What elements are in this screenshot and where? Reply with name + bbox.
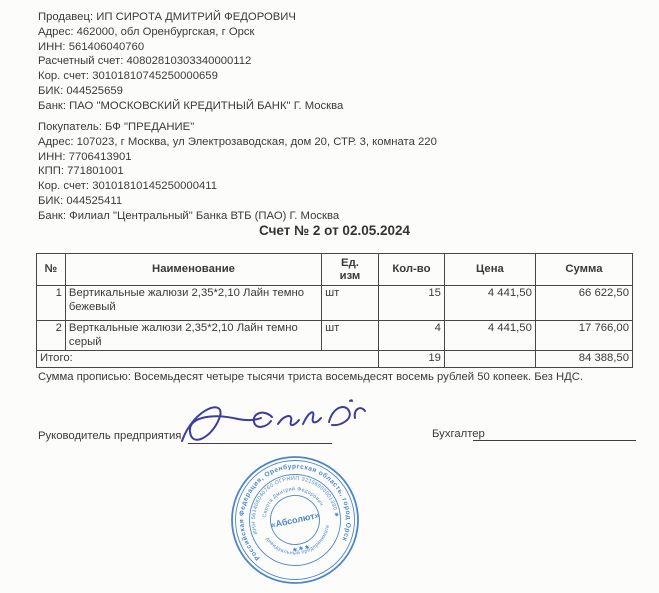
- total-sum: 84 388,50: [535, 351, 632, 368]
- col-header-unit: Ед. изм: [322, 254, 379, 286]
- buyer-corr-line: Кор. счет: 30101810145250000411: [38, 179, 437, 194]
- table-total-row: Итого: 19 84 388,50: [37, 351, 633, 368]
- row-sum: 17 766,00: [535, 321, 632, 351]
- buyer-block: Покупатель: БФ "ПРЕДАНИЕ" Адрес: 107023,…: [38, 120, 437, 224]
- seller-name-line: Продавец: ИП СИРОТА ДМИТРИЙ ФЕДОРОВИЧ: [38, 10, 343, 25]
- invoice-title: Счет № 2 от 02.05.2024: [36, 223, 633, 238]
- buyer-inn-line: ИНН: 7706413901: [38, 150, 437, 165]
- stamp-outer-ring-text: Российская Федерация, Оренбургская облас…: [227, 452, 357, 564]
- row-unit: шт: [322, 321, 379, 351]
- seller-corr-line: Кор. счет: 30101810745250000659: [38, 69, 343, 84]
- seller-bank-line: Банк: ПАО "МОСКОВСКИЙ КРЕДИТНЫЙ БАНК" Г.…: [38, 99, 343, 114]
- buyer-bank-line: Банк: Филиал "Центральный" Банка ВТБ (ПА…: [38, 209, 437, 224]
- table-row: 1 Вертикальные жалюзи 2,35*2,10 Лайн тем…: [37, 286, 633, 321]
- row-qty: 15: [378, 286, 444, 321]
- items-table: № Наименование Ед. изм Кол-во Цена Сумма…: [36, 253, 633, 368]
- handwritten-signature: [168, 395, 368, 455]
- row-price: 4 441,50: [444, 321, 535, 351]
- table-row: 2 Верткальные жалюзи 2,35*2,10 Лайн темн…: [37, 321, 633, 351]
- seller-address-line: Адрес: 462000, обл Оренбургская, г Орск: [38, 25, 343, 40]
- total-qty: 19: [378, 351, 444, 368]
- director-label: Руководитель предприятия: [38, 430, 181, 442]
- row-unit: шт: [322, 286, 379, 321]
- row-name: Вертикальные жалюзи 2,35*2,10 Лайн темно…: [65, 286, 321, 321]
- table-header-row: № Наименование Ед. изм Кол-во Цена Сумма: [37, 254, 633, 286]
- seller-account-line: Расчетный счет: 40802810303340000112: [38, 54, 343, 69]
- buyer-name-line: Покупатель: БФ "ПРЕДАНИЕ": [38, 120, 437, 135]
- col-header-name: Наименование: [65, 254, 321, 286]
- stamp-center-text: «Абсолют»: [270, 510, 321, 530]
- seller-bik-line: БИК: 044525659: [38, 84, 343, 99]
- total-label: Итого:: [37, 351, 379, 368]
- buyer-bik-line: БИК: 044525411: [38, 194, 437, 209]
- col-header-num: №: [37, 254, 66, 286]
- col-header-price: Цена: [444, 254, 535, 286]
- row-qty: 4: [378, 321, 444, 351]
- amount-in-words: Сумма прописью: Восемьдесят четыре тысяч…: [38, 371, 583, 383]
- company-round-stamp: Российская Федерация, Оренбургская облас…: [225, 450, 365, 590]
- col-header-qty: Кол-во: [378, 254, 444, 286]
- row-name: Верткальные жалюзи 2,35*2,10 Лайн темно …: [65, 321, 321, 351]
- row-num: 2: [37, 321, 66, 351]
- row-price: 4 441,50: [444, 286, 535, 321]
- col-header-sum: Сумма: [535, 254, 632, 286]
- buyer-address-line: Адрес: 107023, г Москва, ул Электрозавод…: [38, 135, 437, 150]
- buyer-kpp-line: КПП: 771801001: [38, 164, 437, 179]
- invoice-document: Продавец: ИП СИРОТА ДМИТРИЙ ФЕДОРОВИЧ Ад…: [0, 0, 659, 593]
- seller-inn-line: ИНН: 561406040760: [38, 40, 343, 55]
- total-price-empty: [444, 351, 535, 368]
- row-num: 1: [37, 286, 66, 321]
- seller-block: Продавец: ИП СИРОТА ДМИТРИЙ ФЕДОРОВИЧ Ад…: [38, 10, 343, 114]
- row-sum: 66 622,50: [535, 286, 632, 321]
- accountant-signature-line: [473, 440, 636, 441]
- accountant-label: Бухгалтер: [432, 428, 485, 440]
